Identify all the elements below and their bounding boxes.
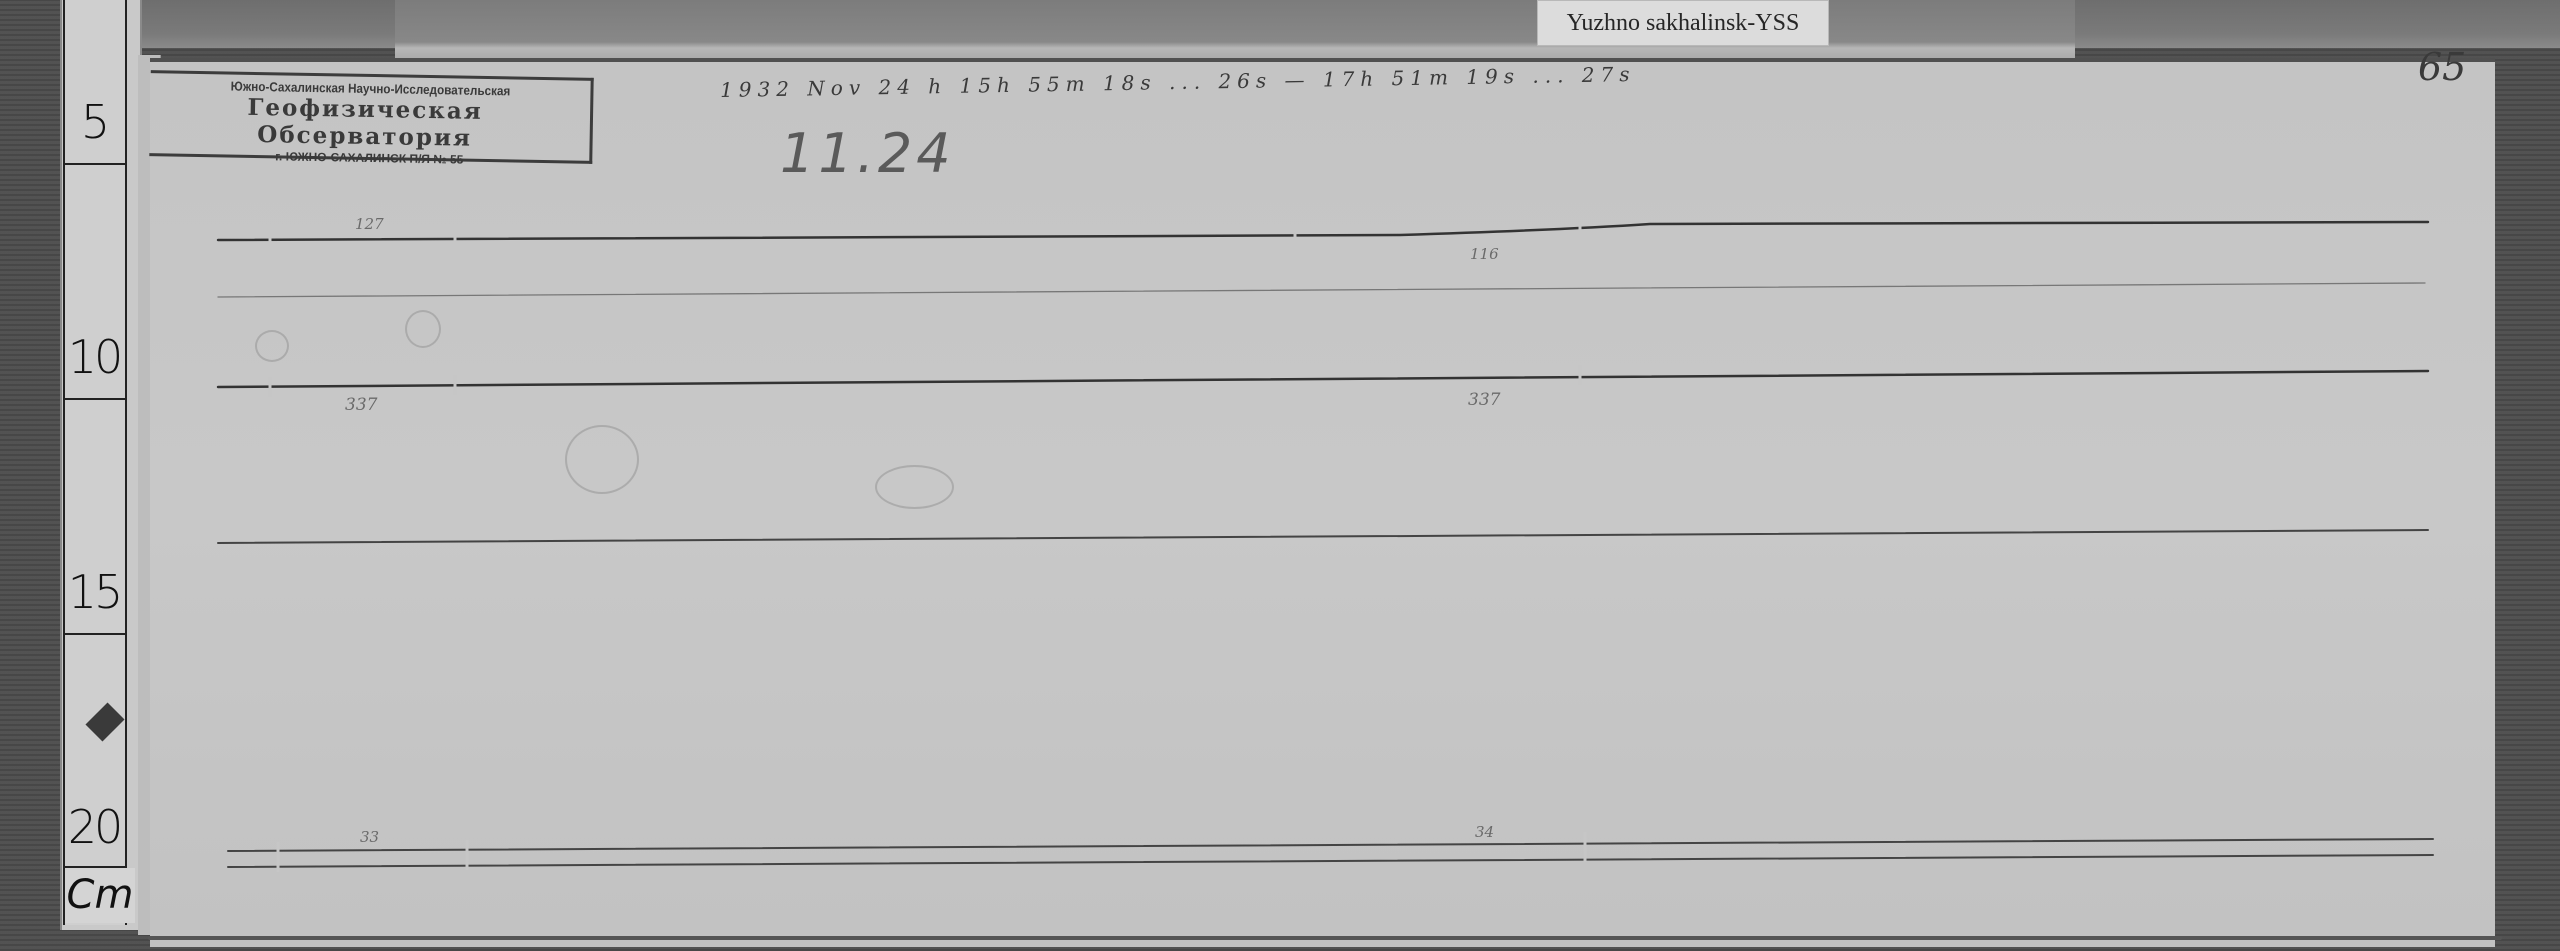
trace-line bbox=[218, 530, 2428, 543]
seismogram-traces bbox=[0, 0, 2560, 951]
trace-line bbox=[228, 855, 2433, 867]
trace-line bbox=[228, 839, 2433, 851]
trace-line bbox=[218, 222, 2428, 240]
trace-line-faint bbox=[218, 283, 2425, 297]
trace-line bbox=[218, 371, 2428, 387]
